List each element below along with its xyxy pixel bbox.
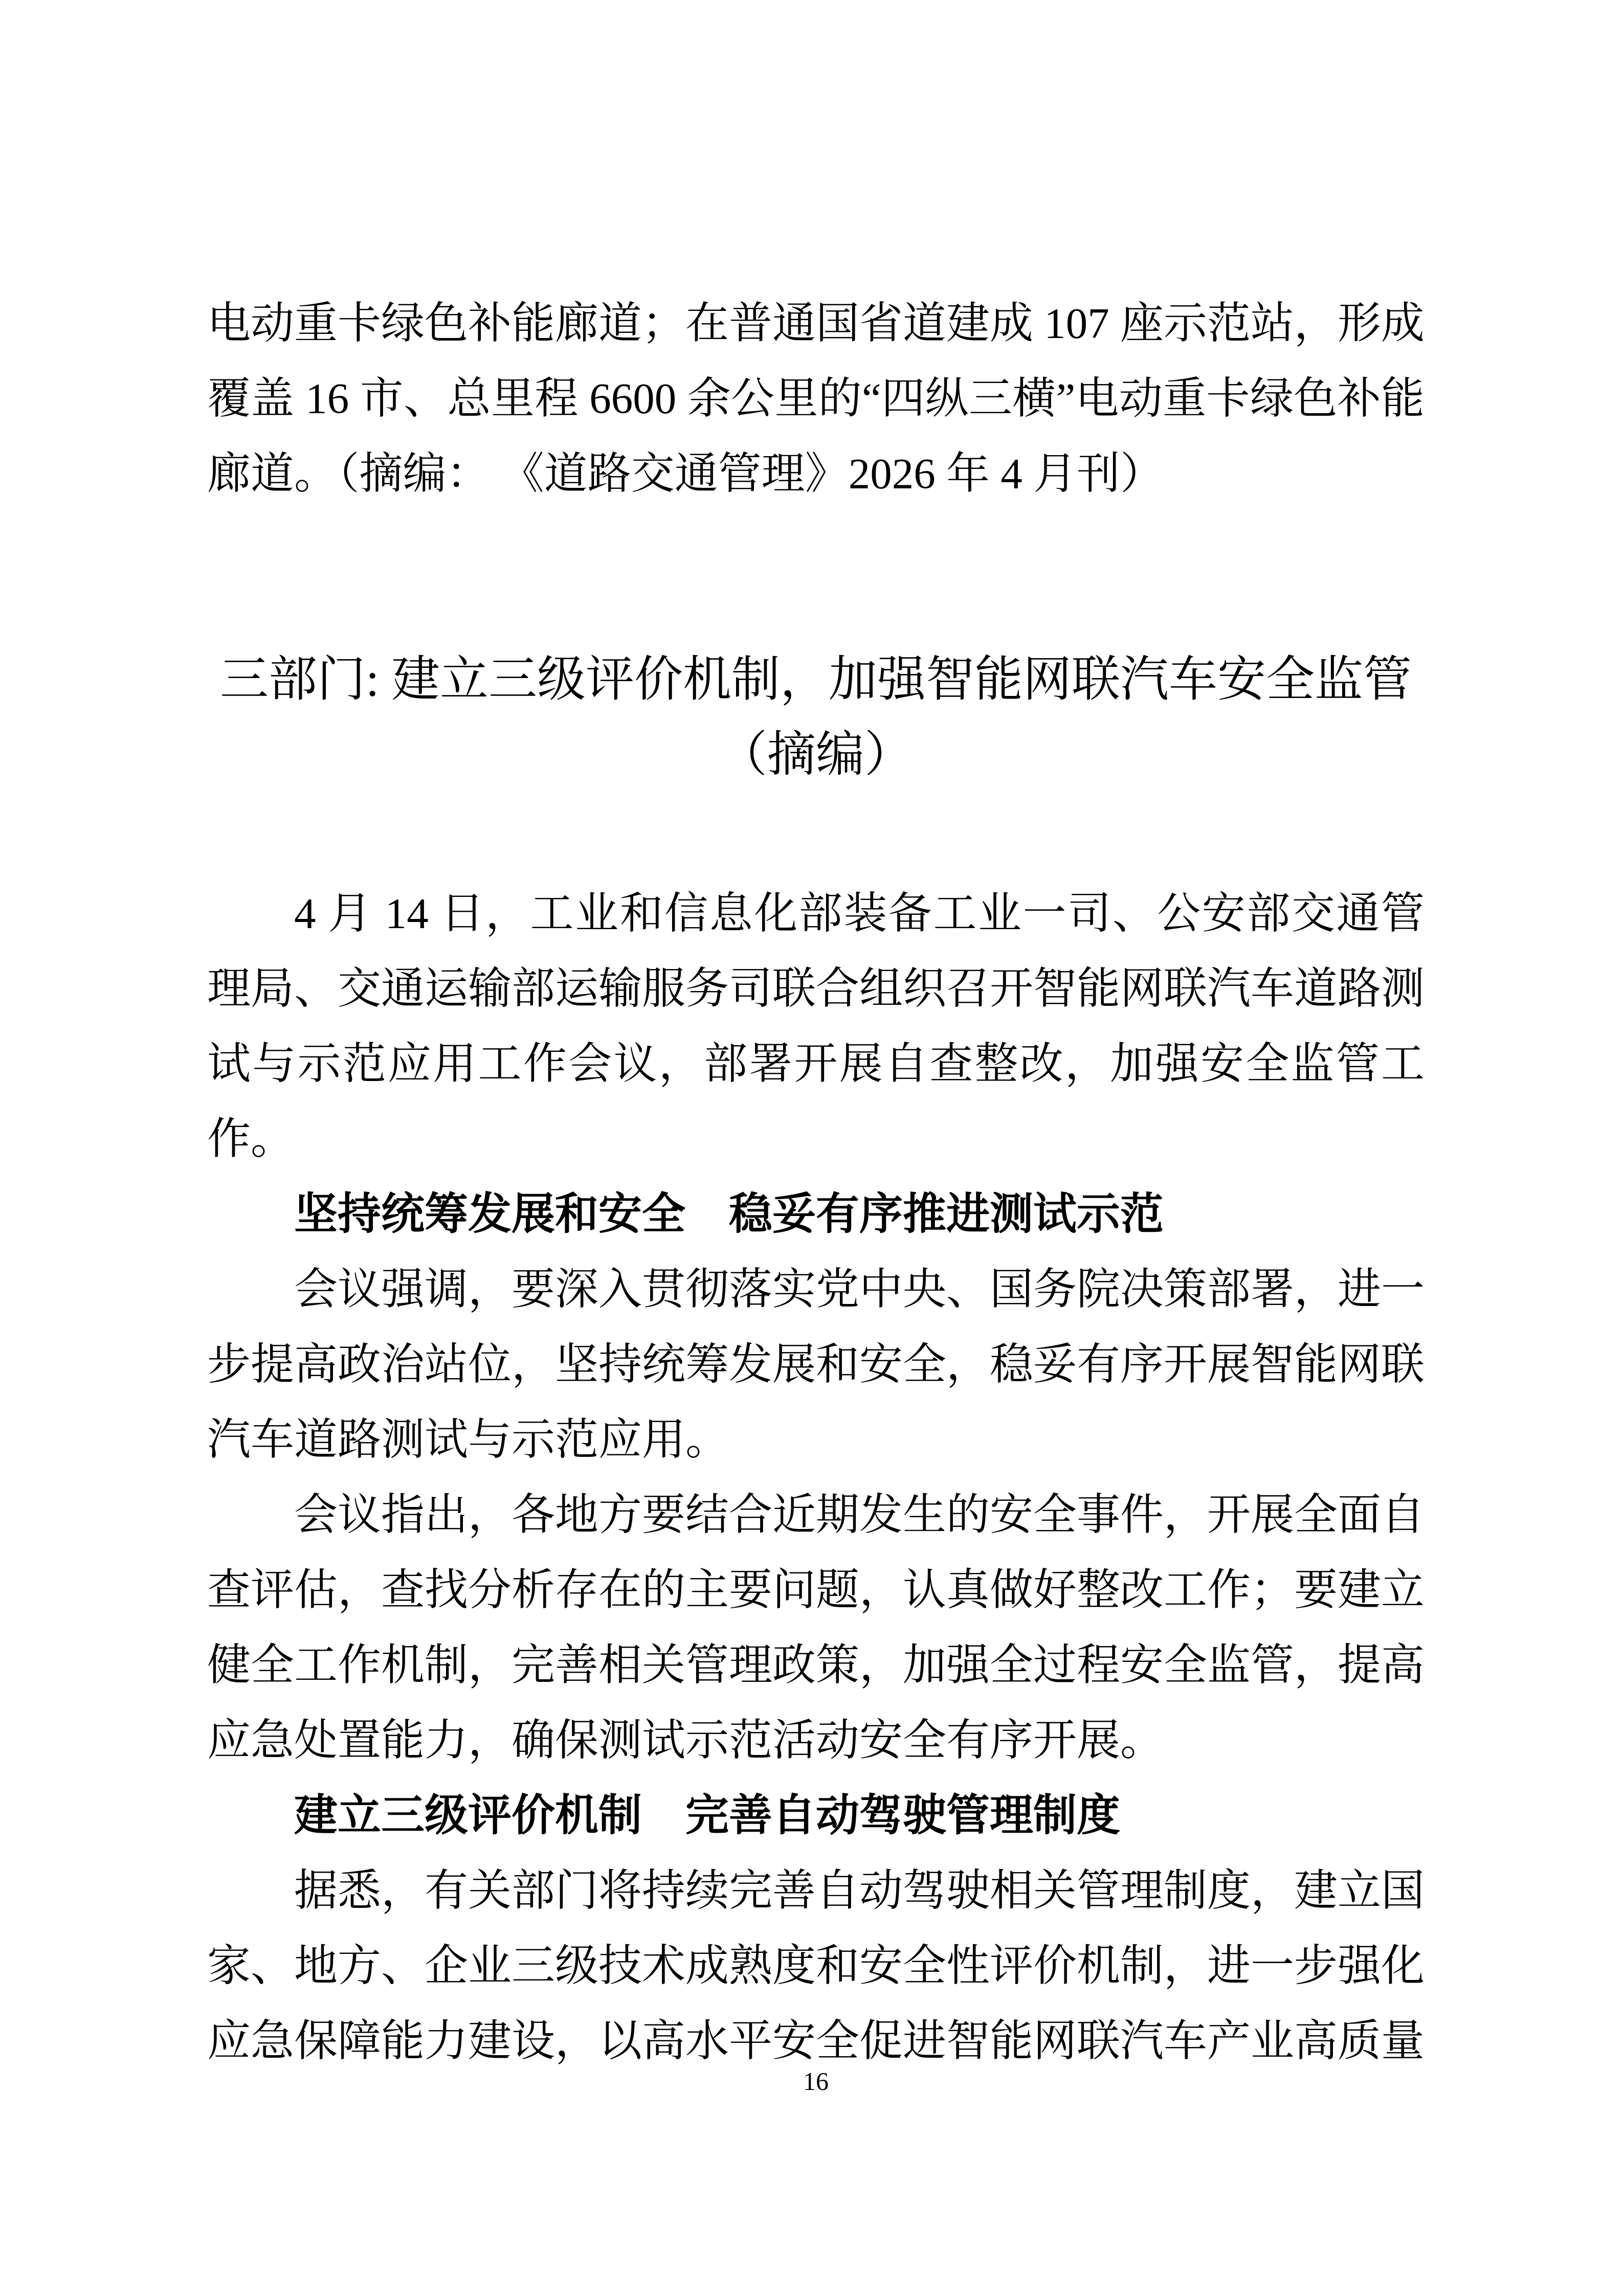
document-page: 电动重卡绿色补能廊道；在普通国省道建成 107 座示范站，形成覆盖 16 市、总… — [0, 0, 1624, 2296]
subheading-coordinate-development-safety: 坚持统筹发展和安全 稳妥有序推进测试示范 — [207, 1177, 1425, 1252]
intro-paragraph: 电动重卡绿色补能廊道；在普通国省道建成 107 座示范站，形成覆盖 16 市、总… — [207, 286, 1425, 512]
subheading-three-level-evaluation: 建立三级评价机制 完善自动驾驶管理制度 — [207, 1779, 1425, 1854]
page-content: 电动重卡绿色补能廊道；在普通国省道建成 107 座示范站，形成覆盖 16 市、总… — [207, 286, 1425, 2079]
article-title-line1: 三部门: 建立三级评价机制，加强智能网联汽车安全监管 — [207, 642, 1425, 717]
article-title-line2: （摘编） — [207, 717, 1425, 793]
paragraph-meeting-announcement: 4 月 14 日，工业和信息化部装备工业一司、公安部交通管理局、交通运输部运输服… — [207, 876, 1425, 1177]
paragraph-meeting-emphasis: 会议强调，要深入贯彻落实党中央、国务院决策部署，进一步提高政治站位，坚持统筹发展… — [207, 1252, 1425, 1478]
page-number: 16 — [207, 2066, 1425, 2097]
paragraph-future-plans: 据悉，有关部门将持续完善自动驾驶相关管理制度，建立国家、地方、企业三级技术成熟度… — [207, 1854, 1425, 2079]
paragraph-meeting-pointout: 会议指出，各地方要结合近期发生的安全事件，开展全面自查评估，查找分析存在的主要问… — [207, 1478, 1425, 1779]
article-title: 三部门: 建立三级评价机制，加强智能网联汽车安全监管 （摘编） — [207, 642, 1425, 793]
